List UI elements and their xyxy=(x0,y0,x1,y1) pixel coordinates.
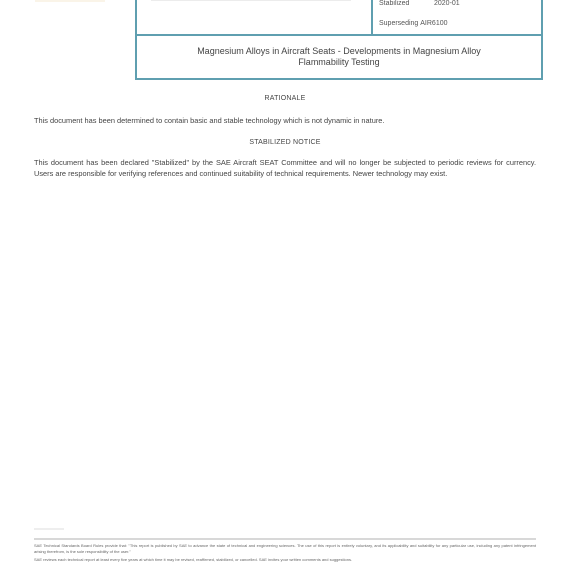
header-top-row: Stabilized 2020-01 Superseding AIR6100 xyxy=(137,0,541,36)
header-faded-text xyxy=(151,0,351,1)
footer-review-text: SAE reviews each technical report at lea… xyxy=(34,557,536,563)
document-title: Magnesium Alloys in Aircraft Seats - Dev… xyxy=(137,36,541,78)
stabilized-date: 2020-01 xyxy=(434,0,460,7)
footer-divider xyxy=(34,538,536,540)
stabilized-notice-heading: STABILIZED NOTICE xyxy=(0,139,570,146)
footer-rules-text: SAE Technical Standards Board Rules prov… xyxy=(34,543,536,555)
stabilized-label: Stabilized xyxy=(379,0,434,7)
stabilized-row: Stabilized 2020-01 xyxy=(379,0,460,7)
rationale-text: This document has been determined to con… xyxy=(34,115,536,126)
document-header-box: Stabilized 2020-01 Superseding AIR6100 M… xyxy=(135,0,543,80)
superseding-label: Superseding xyxy=(379,20,418,27)
rationale-heading: RATIONALE xyxy=(0,95,570,102)
sae-logo-fragment xyxy=(35,0,105,2)
footer-mark xyxy=(34,528,64,530)
superseding-row: Superseding AIR6100 xyxy=(379,20,448,27)
header-top-left-cell xyxy=(137,0,373,34)
header-meta-cell: Stabilized 2020-01 Superseding AIR6100 xyxy=(373,0,541,34)
superseding-value: AIR6100 xyxy=(420,20,447,27)
stabilized-notice-text: This document has been declared "Stabili… xyxy=(34,157,536,179)
